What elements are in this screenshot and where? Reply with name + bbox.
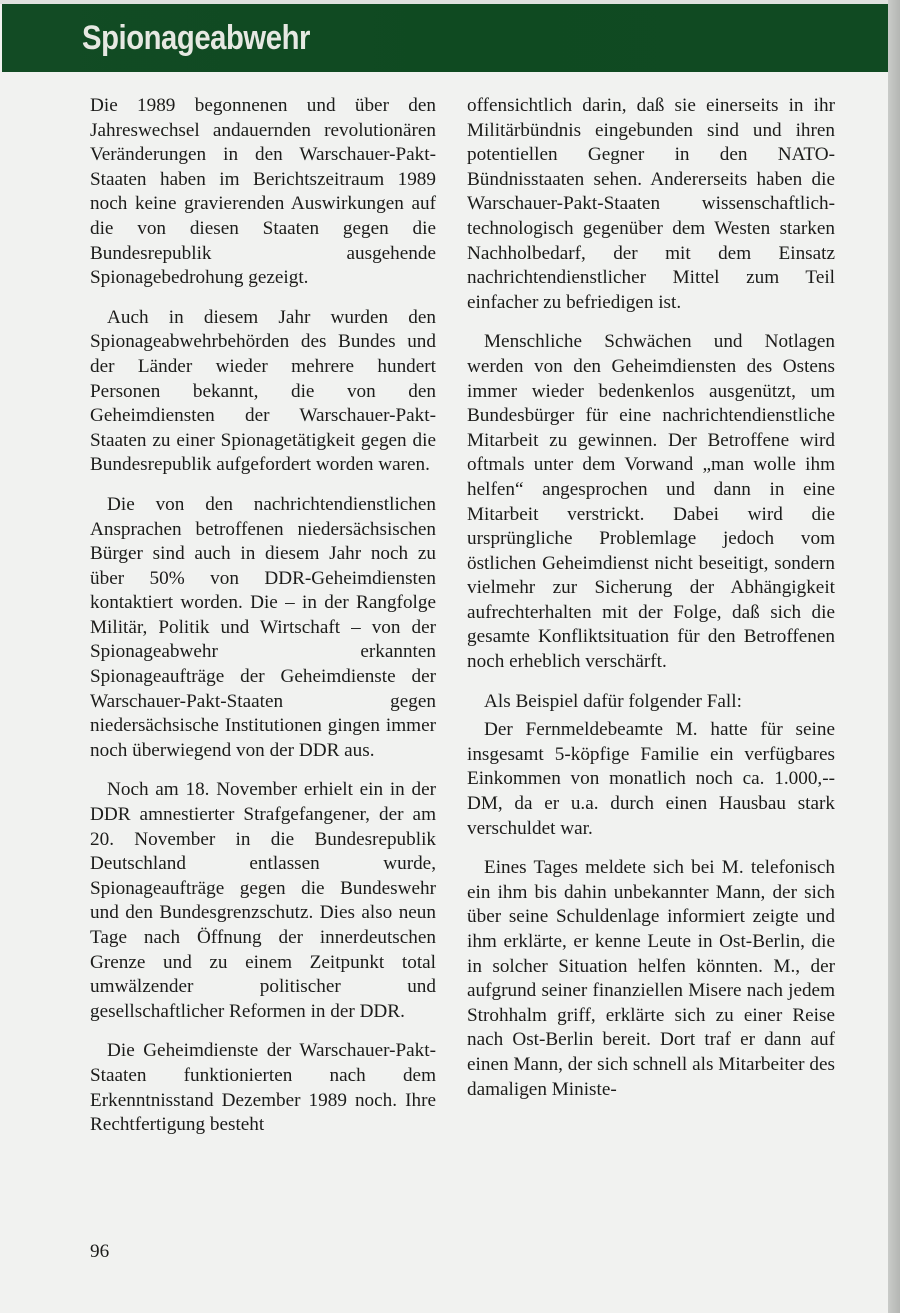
- paragraph: Auch in diesem Jahr wurden den Spionagea…: [90, 306, 436, 478]
- paragraph: Die Geheimdienste der Warschauer-Pakt-St…: [90, 1039, 436, 1137]
- paragraph: Als Beispiel dafür folgender Fall:: [467, 690, 835, 715]
- paragraph: Menschliche Schwächen und Notlagen werde…: [467, 330, 835, 674]
- right-text-column: offensichtlich darin, daß sie einerseits…: [467, 94, 835, 1117]
- section-header-bar: Spionageabwehr: [2, 4, 888, 72]
- paragraph: Noch am 18. November erhielt ein in der …: [90, 778, 436, 1024]
- page-right-edge: [888, 0, 900, 1313]
- paragraph: Eines Tages meldete sich bei M. telefoni…: [467, 856, 835, 1102]
- left-text-column: Die 1989 begonnenen und über den Jahresw…: [90, 94, 436, 1153]
- paragraph: Die 1989 begonnenen und über den Jahresw…: [90, 94, 436, 291]
- paragraph: Der Fernmeldebeamte M. hatte für seine i…: [467, 718, 835, 841]
- paragraph: offensichtlich darin, daß sie einerseits…: [467, 94, 835, 315]
- paragraph: Die von den nachrichtendienstlichen Ansp…: [90, 493, 436, 764]
- page-number: 96: [90, 1240, 109, 1264]
- section-title: Spionageabwehr: [82, 16, 310, 60]
